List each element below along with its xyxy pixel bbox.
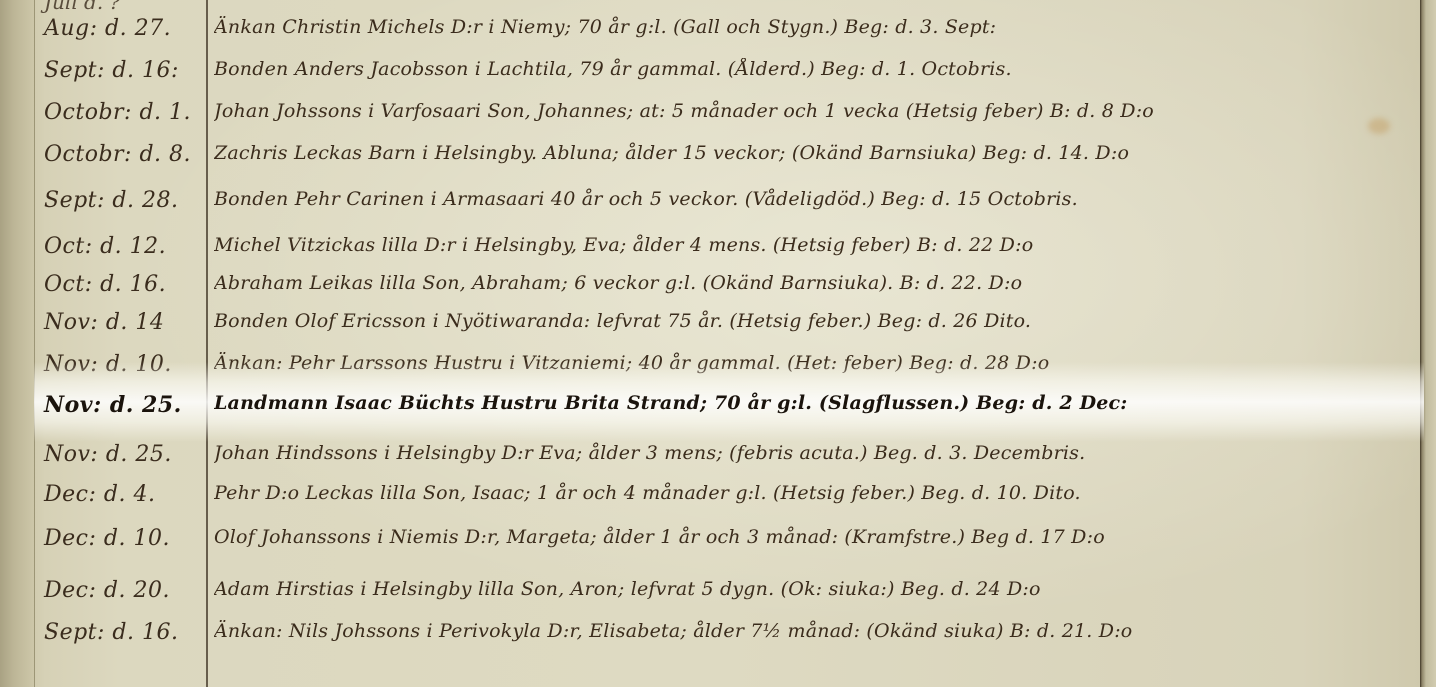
entry-text: Bonden Pehr Carinen i Armasaari 40 år oc…: [214, 188, 1414, 210]
entry-text: Pehr D:o Leckas lilla Son, Isaac; 1 år o…: [214, 482, 1414, 504]
death-date: Dec: d. 10.: [44, 526, 204, 551]
register-page: Juli d. ? Aug: d. 27. Änkan Christin Mic…: [0, 0, 1436, 687]
register-row: Octobr: d. 8. Zachris Leckas Barn i Hels…: [0, 136, 1420, 180]
entry-text: Adam Hirstias i Helsingby lilla Son, Aro…: [214, 578, 1414, 600]
register-row: Nov: d. 25. Johan Hindssons i Helsingby …: [0, 436, 1420, 480]
register-row: Sept: d. 16: Bonden Anders Jacobsson i L…: [0, 52, 1420, 96]
register-row: Sept: d. 28. Bonden Pehr Carinen i Armas…: [0, 182, 1420, 226]
register-row: Dec: d. 20. Adam Hirstias i Helsingby li…: [0, 572, 1420, 616]
register-row: Octobr: d. 1. Johan Johssons i Varfosaar…: [0, 94, 1420, 138]
register-row: Dec: d. 4. Pehr D:o Leckas lilla Son, Is…: [0, 476, 1420, 520]
death-date: Nov: d. 25.: [44, 442, 204, 467]
register-row-highlighted: Nov: d. 25. Landmann Isaac Büchts Hustru…: [0, 386, 1420, 430]
death-date: Octobr: d. 8.: [44, 142, 204, 167]
entry-text: Abraham Leikas lilla Son, Abraham; 6 vec…: [214, 272, 1414, 294]
entry-text: Olof Johanssons i Niemis D:r, Margeta; å…: [214, 526, 1414, 548]
register-row: Dec: d. 10. Olof Johanssons i Niemis D:r…: [0, 520, 1420, 564]
register-entries: Juli d. ? Aug: d. 27. Änkan Christin Mic…: [0, 0, 1420, 687]
death-date: Dec: d. 20.: [44, 578, 204, 603]
register-row: Nov: d. 10. Änkan: Pehr Larssons Hustru …: [0, 346, 1420, 390]
entry-text: Bonden Olof Ericsson i Nyötiwaranda: lef…: [214, 310, 1414, 332]
entry-text: Landmann Isaac Büchts Hustru Brita Stran…: [214, 392, 1414, 414]
register-row: Sept: d. 16. Änkan: Nils Johssons i Peri…: [0, 614, 1420, 658]
entry-text: Änkan: Pehr Larssons Hustru i Vitzaniemi…: [214, 352, 1414, 374]
entry-text: Zachris Leckas Barn i Helsingby. Abluna;…: [214, 142, 1414, 164]
death-date: Aug: d. 27.: [44, 16, 204, 41]
entry-text: Michel Vitzickas lilla D:r i Helsingby, …: [214, 234, 1414, 256]
death-date: Oct: d. 12.: [44, 234, 204, 259]
entry-text: Änkan: Nils Johssons i Perivokyla D:r, E…: [214, 620, 1414, 642]
register-row: Aug: d. 27. Änkan Christin Michels D:r i…: [0, 10, 1420, 54]
page-edge: [1420, 0, 1436, 687]
entry-text: Johan Johssons i Varfosaari Son, Johanne…: [214, 100, 1414, 122]
death-date: Sept: d. 16.: [44, 620, 204, 645]
death-date: Dec: d. 4.: [44, 482, 204, 507]
death-date: Oct: d. 16.: [44, 272, 204, 297]
death-date: Nov: d. 10.: [44, 352, 204, 377]
entry-text: Änkan Christin Michels D:r i Niemy; 70 å…: [214, 16, 1414, 38]
death-date: Sept: d. 16:: [44, 58, 204, 83]
register-row: Nov: d. 14 Bonden Olof Ericsson i Nyötiw…: [0, 304, 1420, 348]
death-date: Nov: d. 25.: [44, 392, 204, 418]
death-date: Sept: d. 28.: [44, 188, 204, 213]
entry-text: Bonden Anders Jacobsson i Lachtila, 79 å…: [214, 58, 1414, 80]
death-date: Nov: d. 14: [44, 310, 204, 335]
entry-text: Johan Hindssons i Helsingby D:r Eva; åld…: [214, 442, 1414, 464]
death-date: Octobr: d. 1.: [44, 100, 204, 125]
